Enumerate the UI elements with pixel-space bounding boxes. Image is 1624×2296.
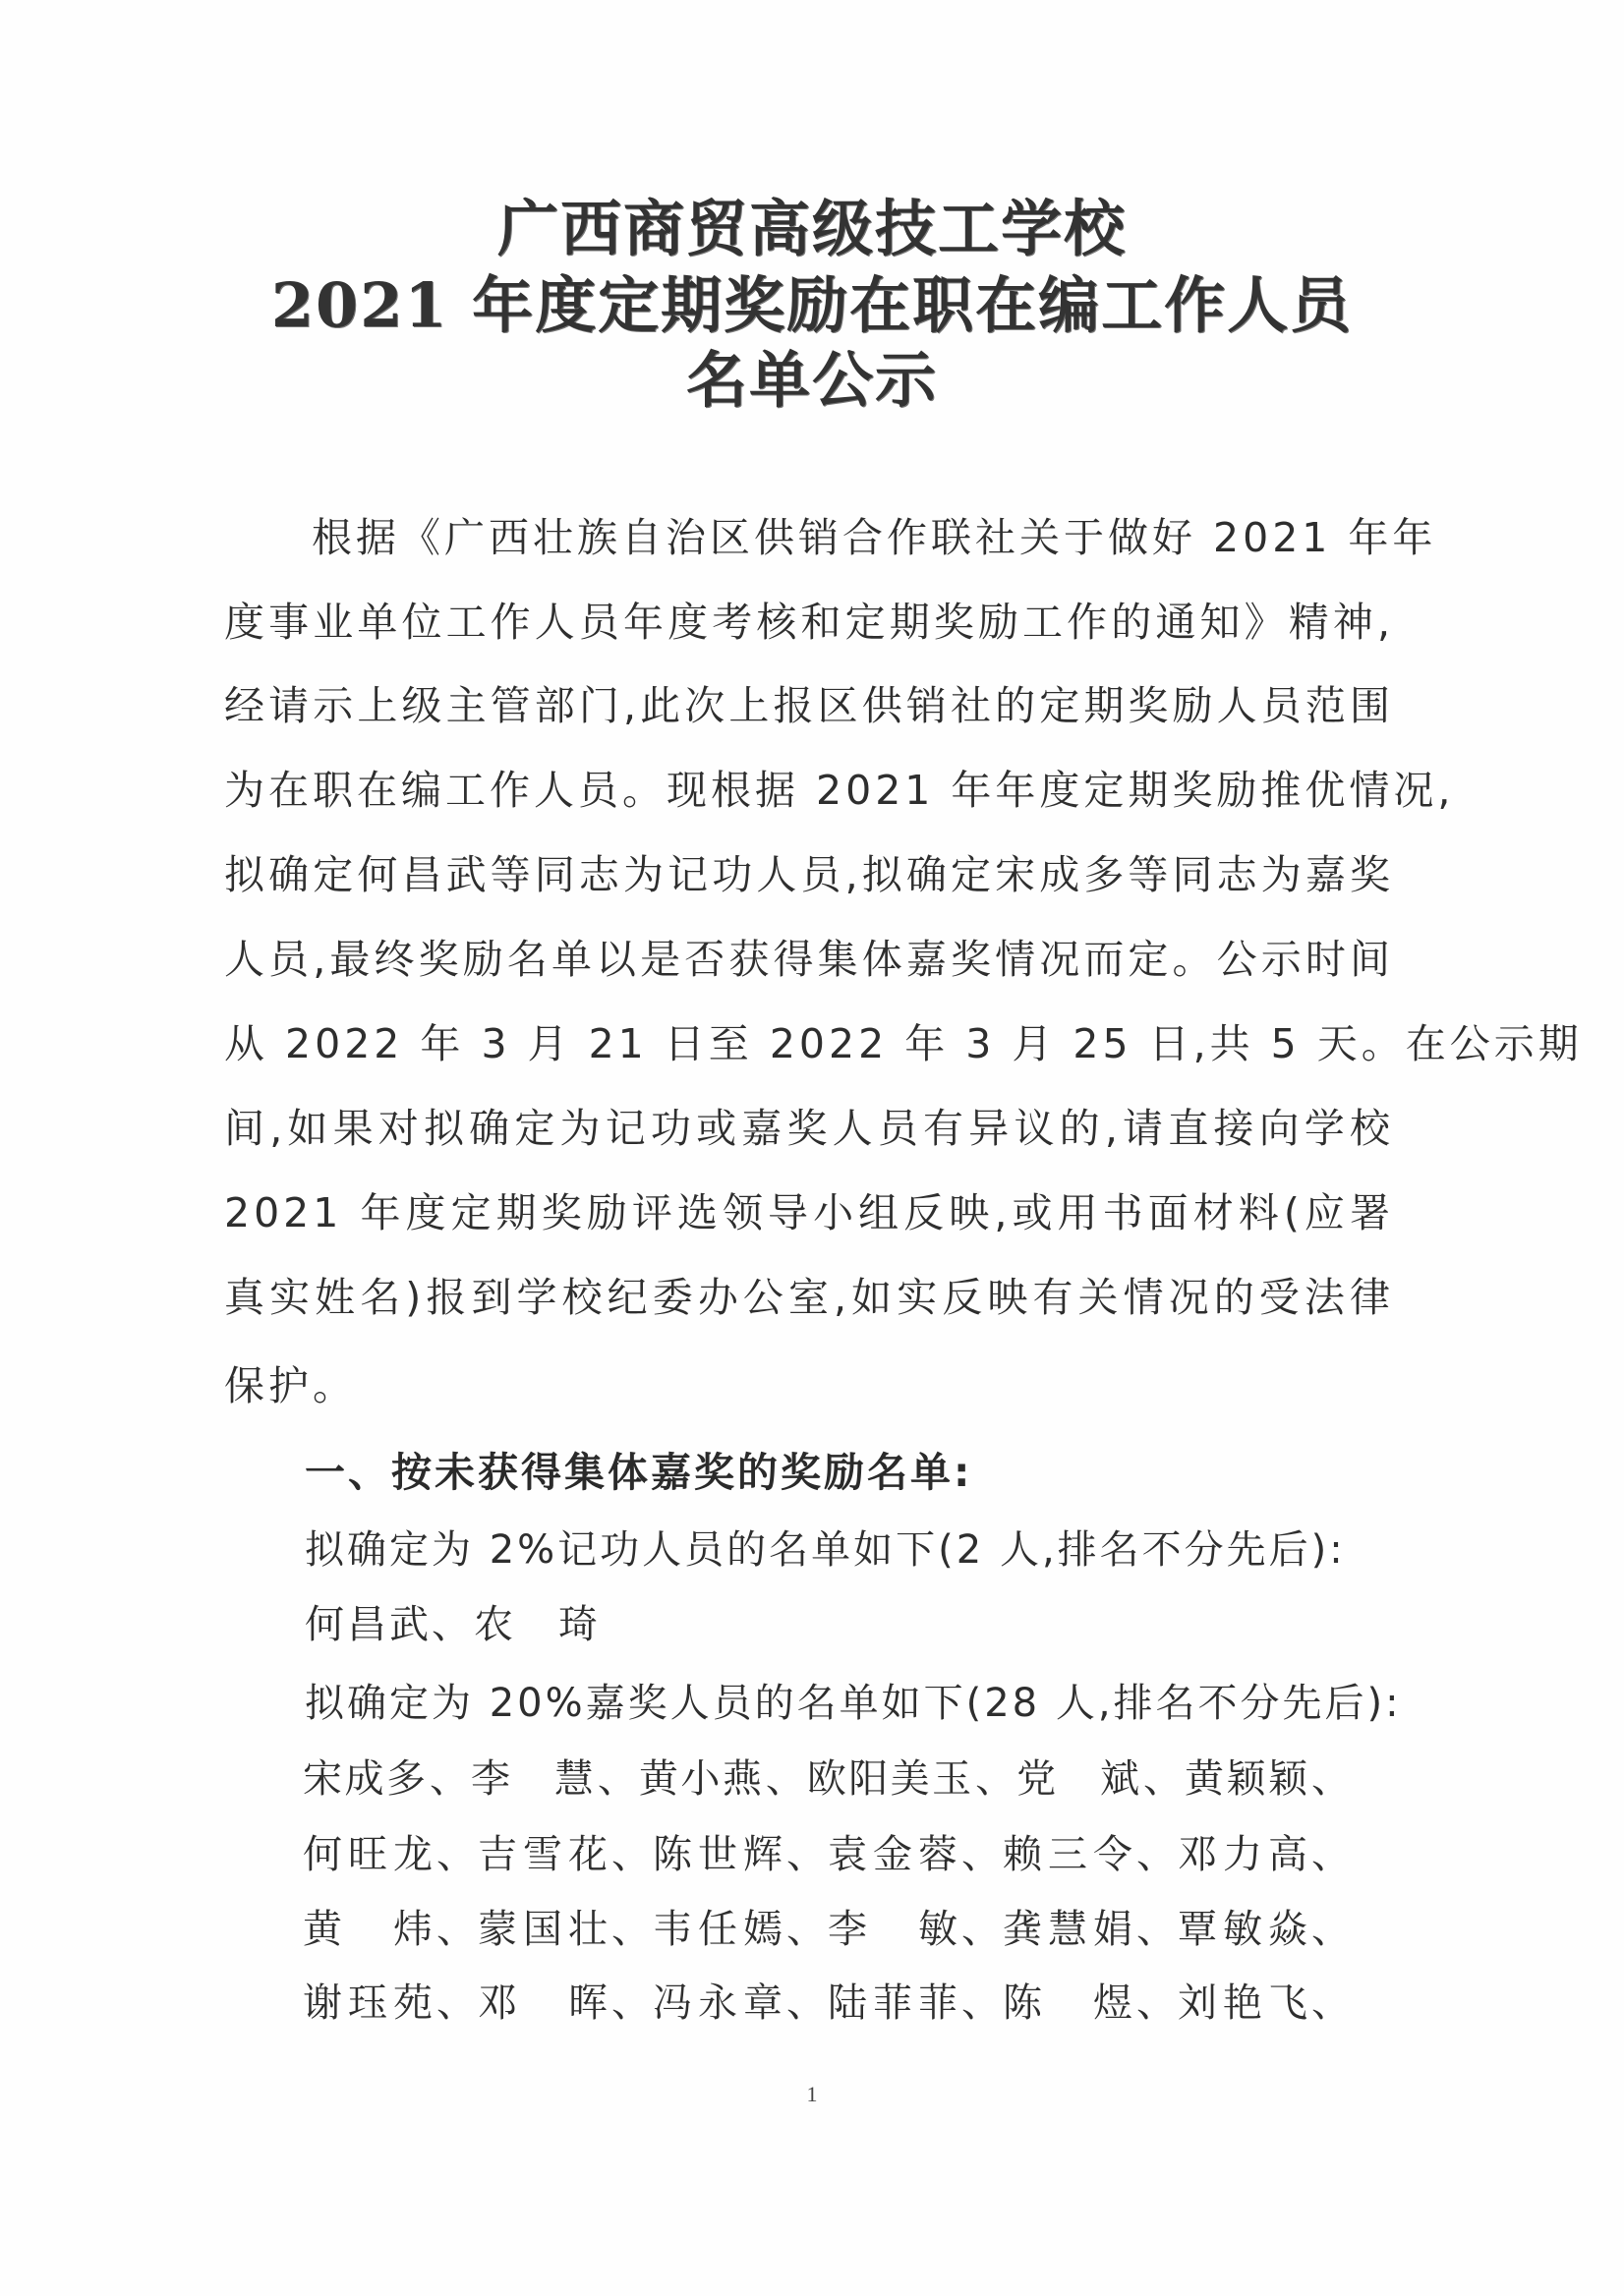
name-separator: 、 xyxy=(611,1830,653,1879)
person-name: 韦任嫣 xyxy=(653,1905,786,1954)
name-separator: 、 xyxy=(436,1979,478,2028)
name-separator: 、 xyxy=(766,1754,807,1804)
person-name: 陈世辉 xyxy=(653,1830,786,1879)
paragraph-line: 人员,最终奖励名单以是否获得集体嘉奖情况而定。公示时间 xyxy=(224,935,1394,984)
paragraph-line: 经请示上级主管部门,此次上报区供销社的定期奖励人员范围 xyxy=(224,681,1394,730)
names-row: 宋成多、李慧、黄小燕、欧阳美玉、党斌、黄颖颖、 xyxy=(303,1754,1353,1804)
name-separator: 、 xyxy=(611,1905,653,1954)
person-name: 宋成多 xyxy=(303,1754,430,1804)
name-separator: 、 xyxy=(786,1979,828,2028)
name-entry: 冯永章、 xyxy=(653,1979,828,2028)
name-separator: 、 xyxy=(611,1979,653,2028)
names-row: 谢珏苑、邓晖、冯永章、陆菲菲、陈煜、刘艳飞、 xyxy=(303,1979,1353,2028)
name-separator: 、 xyxy=(598,1754,639,1804)
name-entry: 龚慧娟、 xyxy=(1003,1905,1178,1954)
paragraph-line: 从 2022 年 3 月 21 日至 2022 年 3 月 25 日,共 5 天… xyxy=(224,1019,1394,1068)
name-separator: 、 xyxy=(1311,1754,1353,1804)
title-school-name: 广西商贸高级技工学校 xyxy=(0,192,1624,266)
person-name: 邓晖 xyxy=(478,1979,611,2028)
name-separator: 、 xyxy=(961,1979,1003,2028)
person-name: 冯永章 xyxy=(653,1979,786,2028)
name-entry: 谢珏苑、 xyxy=(303,1979,478,2028)
name-separator: 、 xyxy=(786,1905,828,1954)
name-separator: 、 xyxy=(961,1905,1003,1954)
name-separator: 、 xyxy=(1311,1830,1353,1879)
person-name: 李敏 xyxy=(828,1905,961,1954)
name-separator: 、 xyxy=(961,1830,1003,1879)
person-name: 覃敏焱 xyxy=(1178,1905,1311,1954)
name-entry: 党斌、 xyxy=(1016,1754,1185,1804)
name-separator: 、 xyxy=(1136,1830,1178,1879)
name-entry: 蒙国壮、 xyxy=(478,1905,653,1954)
name-separator: 、 xyxy=(436,1830,478,1879)
document-page: 广西商贸高级技工学校 2021 年度定期奖励在职在编工作人员 名单公示 根据《广… xyxy=(0,0,1624,2296)
names-row: 黄炜、蒙国壮、韦任嫣、李敏、龚慧娟、覃敏焱、 xyxy=(303,1905,1353,1954)
person-name: 吉雪花 xyxy=(478,1830,611,1879)
person-name: 李慧 xyxy=(471,1754,598,1804)
name-separator: 、 xyxy=(1136,1979,1178,2028)
name-separator: 、 xyxy=(1311,1979,1353,2028)
paragraph-line: 度事业单位工作人员年度考核和定期奖励工作的通知》精神, xyxy=(224,598,1394,647)
name-separator: 、 xyxy=(1136,1905,1178,1954)
commendation-list-label: 拟确定为 20%嘉奖人员的名单如下(28 人,排名不分先后): xyxy=(305,1679,1402,1728)
name-separator: 、 xyxy=(975,1754,1016,1804)
name-entry: 刘艳飞、 xyxy=(1178,1979,1353,2028)
paragraph-line: 间,如果对拟确定为记功或嘉奖人员有异议的,请直接向学校 xyxy=(224,1104,1394,1153)
person-name: 谢珏苑 xyxy=(303,1979,436,2028)
person-name: 陈煜 xyxy=(1003,1979,1136,2028)
merit-list-label: 拟确定为 2%记功人员的名单如下(2 人,排名不分先后): xyxy=(305,1525,1346,1575)
paragraph-line: 真实姓名)报到学校纪委办公室,如实反映有关情况的受法律 xyxy=(224,1273,1394,1322)
person-name: 陆菲菲 xyxy=(828,1979,961,2028)
name-separator: 、 xyxy=(786,1830,828,1879)
name-entry: 陈世辉、 xyxy=(653,1830,828,1879)
name-entry: 李慧、 xyxy=(471,1754,639,1804)
paragraph-line: 2021 年度定期奖励评选领导小组反映,或用书面材料(应署 xyxy=(224,1188,1394,1237)
name-entry: 黄炜、 xyxy=(303,1905,478,1954)
person-name: 欧阳美玉 xyxy=(807,1754,975,1804)
name-entry: 赖三令、 xyxy=(1003,1830,1178,1879)
person-name: 邓力高 xyxy=(1178,1830,1311,1879)
names-row: 何旺龙、吉雪花、陈世辉、袁金蓉、赖三令、邓力高、 xyxy=(303,1830,1353,1879)
paragraph-line: 保护。 xyxy=(224,1361,1394,1410)
name-entry: 袁金蓉、 xyxy=(828,1830,1003,1879)
person-name: 何旺龙 xyxy=(303,1830,436,1879)
person-name: 赖三令 xyxy=(1003,1830,1136,1879)
person-name: 黄颖颖 xyxy=(1185,1754,1311,1804)
person-name: 刘艳飞 xyxy=(1178,1979,1311,2028)
name-entry: 覃敏焱、 xyxy=(1178,1905,1353,1954)
paragraph-line: 为在职在编工作人员。现根据 2021 年年度定期奖励推优情况, xyxy=(224,766,1394,815)
name-separator: 、 xyxy=(1143,1754,1185,1804)
name-entry: 韦任嫣、 xyxy=(653,1905,828,1954)
person-name: 党斌 xyxy=(1016,1754,1143,1804)
section-heading: 一、按未获得集体嘉奖的奖励名单: xyxy=(305,1448,972,1497)
name-entry: 李敏、 xyxy=(828,1905,1003,1954)
paragraph-line: 拟确定何昌武等同志为记功人员,拟确定宋成多等同志为嘉奖 xyxy=(224,850,1394,899)
name-entry: 黄颖颖、 xyxy=(1185,1754,1353,1804)
page-number: 1 xyxy=(0,2082,1624,2107)
name-separator: 、 xyxy=(1311,1905,1353,1954)
name-entry: 黄小燕、 xyxy=(639,1754,807,1804)
merit-names: 何昌武、农 琦 xyxy=(305,1600,601,1649)
paragraph-line: 根据《广西壮族自治区供销合作联社关于做好 2021 年年 xyxy=(312,513,1394,562)
person-name: 蒙国壮 xyxy=(478,1905,611,1954)
name-entry: 陆菲菲、 xyxy=(828,1979,1003,2028)
person-name: 黄炜 xyxy=(303,1905,436,1954)
person-name: 黄小燕 xyxy=(639,1754,766,1804)
person-name: 龚慧娟 xyxy=(1003,1905,1136,1954)
name-separator: 、 xyxy=(430,1754,471,1804)
person-name: 袁金蓉 xyxy=(828,1830,961,1879)
name-entry: 邓力高、 xyxy=(1178,1830,1353,1879)
name-entry: 欧阳美玉、 xyxy=(807,1754,1016,1804)
name-separator: 、 xyxy=(436,1905,478,1954)
name-entry: 宋成多、 xyxy=(303,1754,471,1804)
title-public-notice: 名单公示 xyxy=(0,343,1624,418)
name-entry: 陈煜、 xyxy=(1003,1979,1178,2028)
name-entry: 吉雪花、 xyxy=(478,1830,653,1879)
name-entry: 邓晖、 xyxy=(478,1979,653,2028)
name-entry: 何旺龙、 xyxy=(303,1830,478,1879)
title-award-subject: 2021 年度定期奖励在职在编工作人员 xyxy=(0,268,1624,343)
